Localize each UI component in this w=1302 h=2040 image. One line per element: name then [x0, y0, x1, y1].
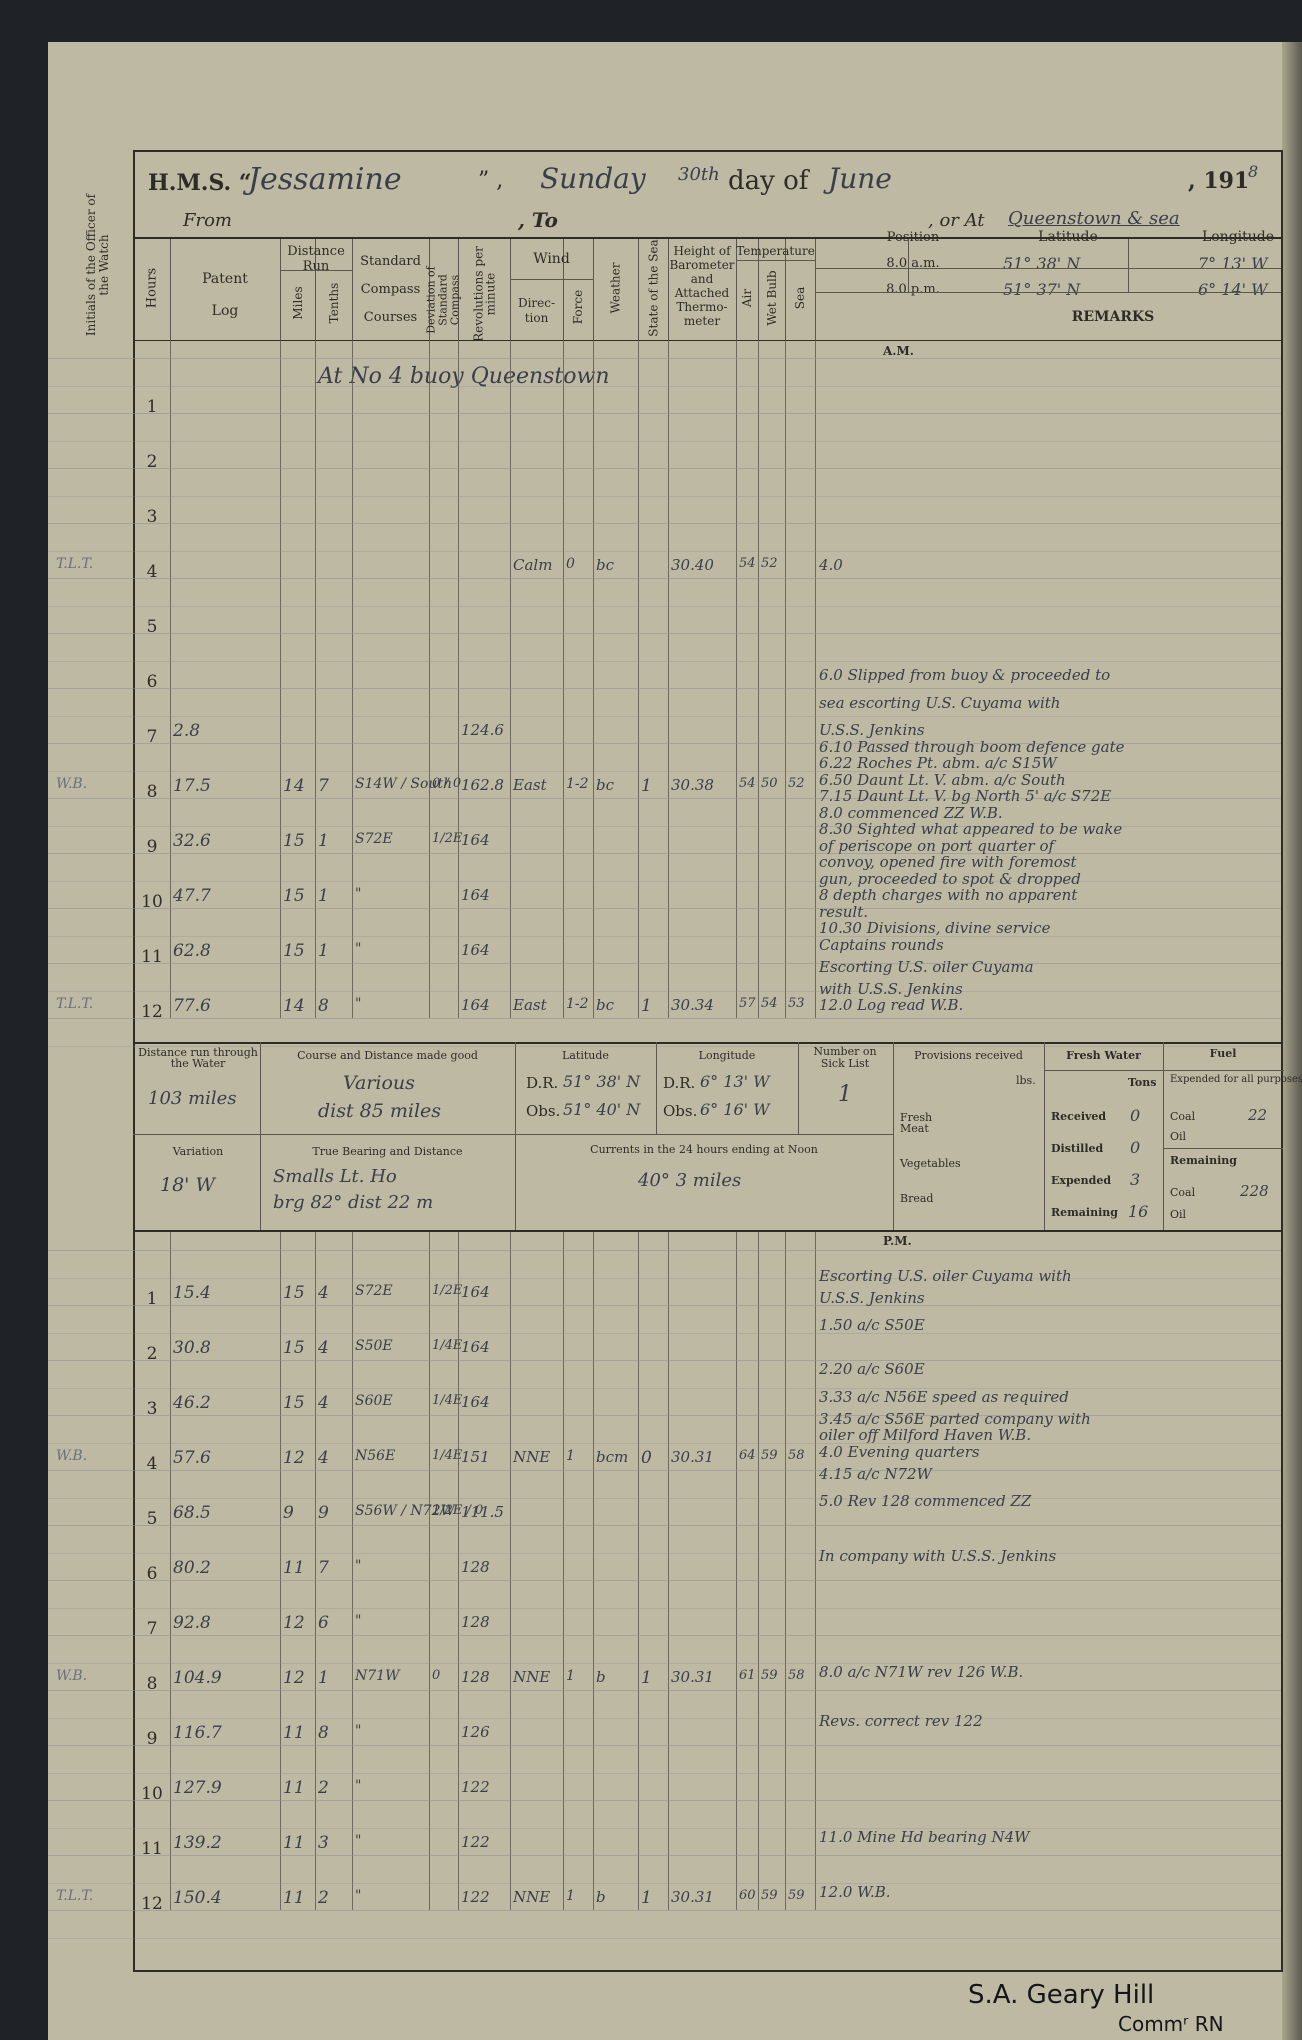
ruled-line [48, 1608, 1281, 1609]
remark-line: 3.45 a/c S56E parted company with [819, 1410, 1091, 1428]
grid-line [315, 340, 316, 1018]
row-miles: 14 [283, 996, 305, 1016]
to-label: , To [518, 208, 558, 232]
row-course: " [355, 1558, 361, 1574]
bearing-label: True Bearing and Distance [260, 1144, 515, 1159]
row-force: 0 [566, 556, 575, 572]
ruled-line [48, 771, 1281, 772]
grid-line [280, 340, 281, 1018]
coal-remaining-value: 228 [1240, 1182, 1269, 1200]
pm-longitude: 6° 14' W [1198, 280, 1268, 299]
row-tenths: 9 [318, 1503, 329, 1523]
grid-line [668, 340, 669, 1018]
row-revs: 164 [461, 1338, 490, 1356]
row-log: 57.6 [173, 1448, 211, 1468]
row-course: " [355, 1888, 361, 1904]
row-dev: 1/4E [432, 1338, 462, 1353]
frame-right [1281, 150, 1283, 1972]
sick-list-value: 1 [838, 1082, 852, 1107]
remark-line: Escorting U.S. oiler Cuyama with [819, 1267, 1072, 1285]
distilled-label: Distilled [1051, 1142, 1103, 1155]
row-hour: 2 [137, 452, 167, 472]
row-hour: 12 [137, 1002, 167, 1022]
row-log: 17.5 [173, 776, 211, 796]
log-page: Initials of the Officer of the Watch H.M… [48, 42, 1302, 2040]
obs-label: Obs. [526, 1102, 560, 1120]
grid-line [815, 340, 816, 1018]
remark-line: 12.0 W.B. [819, 1883, 891, 1901]
row-air: 60 [739, 1888, 756, 1903]
row-course: " [355, 996, 361, 1012]
ruled-line [48, 1883, 1281, 1884]
ruled-line [48, 1443, 1281, 1444]
ruled-line [48, 1828, 1281, 1829]
obs-latitude: 51° 40' N [563, 1100, 640, 1119]
ruled-line [48, 1773, 1281, 1774]
ruled-line [48, 551, 1281, 552]
ruled-line [48, 1855, 1281, 1856]
row-sea_state: 1 [641, 996, 652, 1016]
row-miles: 15 [283, 886, 305, 906]
ruled-line [48, 1745, 1281, 1746]
row-hour: 5 [137, 1509, 167, 1529]
ruled-line [48, 936, 1281, 937]
col-standard: Standard [352, 254, 429, 269]
ruled-line [48, 1525, 1281, 1526]
row-wdir: NNE [513, 1668, 550, 1686]
pos-pm-label: 8.0 p.m. [868, 282, 958, 297]
col-compass: Compass [352, 282, 429, 297]
row-tenths: 2 [318, 1888, 329, 1908]
row-revs: 164 [461, 831, 490, 849]
row-sea: 58 [788, 1668, 805, 1683]
ruled-line [48, 1360, 1281, 1361]
row-miles: 9 [283, 1503, 294, 1523]
expended-label: Expended [1051, 1174, 1111, 1187]
col-direction: Direc-tion [510, 296, 563, 326]
row-log: 127.9 [173, 1778, 222, 1798]
remark-line: result. [819, 903, 868, 921]
row-dev: 0 / 0 [432, 776, 461, 791]
remark-line: Captains rounds [819, 936, 944, 954]
ruled-line [48, 1498, 1281, 1499]
sick-list-label: Number on Sick List [800, 1046, 890, 1070]
row-miles: 12 [283, 1448, 305, 1468]
remarks-label: REMARKS [948, 310, 1278, 325]
remark-line: 7.15 Daunt Lt. V. bg North 5' a/c S72E [819, 787, 1111, 805]
ruled-line [48, 1333, 1281, 1334]
row-course: N56E [355, 1448, 395, 1464]
ruled-line [48, 606, 1281, 607]
grid-line [593, 1232, 594, 1910]
row-revs: 126 [461, 1723, 490, 1741]
row-weather: b [596, 1888, 606, 1906]
variation-label: Variation [136, 1144, 260, 1159]
row-sea: 59 [788, 1888, 805, 1903]
row-force: 1 [566, 1888, 575, 1904]
row-log: 47.7 [173, 886, 211, 906]
col-miles: Miles [292, 268, 304, 338]
obs-longitude: 6° 16' W [700, 1100, 770, 1119]
row-hour: 9 [137, 837, 167, 857]
row-tenths: 4 [318, 1448, 329, 1468]
row-hour: 1 [137, 1289, 167, 1309]
fresh-meat-label: Fresh Meat [900, 1112, 950, 1134]
col-wet-bulb: Wet Bulb [766, 258, 778, 338]
col-revolutions: Revolutions per minute [472, 243, 496, 344]
ruled-line [48, 1690, 1281, 1691]
grid-line [736, 1232, 737, 1910]
col-temperature: Temperature [736, 244, 815, 259]
col-air: Air [741, 258, 753, 338]
noon-latitude-label: Latitude [515, 1048, 656, 1063]
row-revs: 122 [461, 1888, 490, 1906]
ruled-line [48, 1580, 1281, 1581]
column-divider [170, 239, 171, 340]
row-log: 104.9 [173, 1668, 222, 1688]
row-dev: 1/4E [432, 1448, 462, 1463]
remark-line: 2.20 a/c S60E [819, 1360, 925, 1378]
row-tenths: 1 [318, 831, 329, 851]
row-air: 64 [739, 1448, 756, 1463]
ruled-line [48, 496, 1281, 497]
row-course: " [355, 1778, 361, 1794]
coal-label: Coal [1170, 1110, 1195, 1123]
row-revs: 122 [461, 1833, 490, 1851]
ruled-line [48, 1470, 1281, 1471]
row-log: 139.2 [173, 1833, 222, 1853]
row-log: 32.6 [173, 831, 211, 851]
ruled-line [48, 1938, 1281, 1939]
am-label: A.M. [883, 344, 914, 358]
fuel-expended-label: Expended for all purposes [1170, 1074, 1302, 1085]
bread-label: Bread [900, 1192, 933, 1205]
currents-label: Currents in the 24 hours ending at Noon [515, 1142, 893, 1157]
row-miles: 11 [283, 1723, 305, 1743]
grid-line [280, 1232, 281, 1910]
am-latitude: 51° 38' N [1003, 254, 1080, 273]
row-log: 150.4 [173, 1888, 222, 1908]
dr-latitude: 51° 38' N [563, 1072, 640, 1091]
coal-expended-value: 22 [1248, 1106, 1267, 1124]
row-hour: 9 [137, 1729, 167, 1749]
day-of-label: day of [728, 166, 808, 196]
oil-label: Oil [1170, 1130, 1186, 1143]
ruled-line [48, 441, 1281, 442]
ruled-line [48, 1415, 1281, 1416]
ruled-line [48, 386, 1281, 387]
remark-line: of periscope on port quarter of [819, 837, 1054, 855]
column-divider [638, 239, 639, 340]
row-miles: 12 [283, 1613, 305, 1633]
row-force: 1-2 [566, 776, 589, 792]
fuel-label: Fuel [1163, 1046, 1283, 1061]
row-log: 15.4 [173, 1283, 211, 1303]
row-tenths: 1 [318, 886, 329, 906]
grid-line [170, 1232, 171, 1910]
row-tenths: 1 [318, 941, 329, 961]
col-hours: Hours [147, 237, 159, 338]
row-air: 61 [739, 1668, 756, 1683]
row-course: S50E [355, 1338, 393, 1354]
distance-label: Distance run through the Water [136, 1047, 260, 1069]
remark-line: 12.0 Log read W.B. [819, 996, 963, 1014]
row-miles: 11 [283, 1888, 305, 1908]
row-tenths: 8 [318, 1723, 329, 1743]
row-tenths: 7 [318, 1558, 329, 1578]
ruled-line [48, 413, 1281, 414]
row-weather: bc [596, 556, 614, 574]
lbs-label: lbs. [1016, 1074, 1036, 1087]
dr-longitude: 6° 13' W [700, 1072, 770, 1091]
row-dev: 1/2E [432, 1283, 462, 1298]
grid-line [785, 340, 786, 1018]
column-divider [815, 239, 816, 340]
col-weather: Weather [610, 237, 622, 338]
ruled-line [48, 1250, 1281, 1251]
signature-rank: Commʳ RN [1118, 2012, 1224, 2036]
remark-line: gun, proceeded to spot & dropped [819, 870, 1081, 888]
row-hour: 4 [137, 1454, 167, 1474]
row-course: " [355, 1833, 361, 1849]
col-wind: Wind [510, 252, 593, 267]
row-miles: 11 [283, 1833, 305, 1853]
remark-line: Escorting U.S. oiler Cuyama [819, 958, 1034, 976]
row-revs: 128 [461, 1613, 490, 1631]
remark-line: oiler off Milford Haven W.B. [819, 1426, 1031, 1444]
grid-line [638, 340, 639, 1018]
grid-line [785, 1232, 786, 1910]
remark-line: U.S.S. Jenkins [819, 721, 925, 739]
row-tenths: 4 [318, 1283, 329, 1303]
pm-latitude: 51° 37' N [1003, 280, 1080, 299]
row-weather: bc [596, 996, 614, 1014]
remark-line: 4.15 a/c N72W [819, 1465, 932, 1483]
col-force: Force [572, 277, 584, 337]
remark-line: sea escorting U.S. Cuyama with [819, 694, 1060, 712]
oil-remaining-label: Oil [1170, 1208, 1186, 1221]
row-miles: 15 [283, 1338, 305, 1358]
provisions-label: Provisions received [893, 1048, 1044, 1063]
row-hour: 8 [137, 1674, 167, 1694]
row-revs: 162.8 [461, 776, 504, 794]
remark-line: 6.0 Slipped from buoy & proceeded to [819, 666, 1110, 684]
ruled-line [48, 1046, 1281, 1047]
row-wdir: East [513, 776, 547, 794]
row-revs: 164 [461, 996, 490, 1014]
row-revs: 128 [461, 1558, 490, 1576]
row-sea_state: 1 [641, 1668, 652, 1688]
remark-line: 3.33 a/c N56E speed as required [819, 1388, 1069, 1406]
remaining-label: Remaining [1051, 1206, 1118, 1219]
grid-line [758, 340, 759, 1018]
ruled-line [48, 468, 1281, 469]
header-bottom-line [133, 340, 1283, 341]
row-course: " [355, 1723, 361, 1739]
row-sea_state: 1 [641, 1888, 652, 1908]
row-hour: 11 [137, 1839, 167, 1859]
remark-line: 1.50 a/c S50E [819, 1316, 925, 1334]
remark-line: convoy, opened fire with foremost [819, 853, 1077, 871]
row-weather: b [596, 1668, 606, 1686]
page-spine [1282, 42, 1302, 2040]
year-prefix: , 191 [1188, 168, 1249, 194]
row-log: 62.8 [173, 941, 211, 961]
row-tenths: 4 [318, 1338, 329, 1358]
received-label: Received [1051, 1110, 1106, 1123]
ruled-line [48, 523, 1281, 524]
grid-line [593, 340, 594, 1018]
row-course: N71W [355, 1668, 399, 1684]
hms-label: H.M.S. “ [148, 170, 252, 196]
officer-initials: T.L.T. [56, 996, 93, 1012]
year-suffix: 8 [1248, 162, 1258, 181]
remark-line: 8 depth charges with no apparent [819, 886, 1077, 904]
row-revs: 151 [461, 1448, 490, 1466]
longitude-label: Longitude [1178, 230, 1298, 245]
row-wet: 54 [761, 996, 778, 1011]
row-miles: 15 [283, 1393, 305, 1413]
row-log: 68.5 [173, 1503, 211, 1523]
ruled-line [48, 908, 1281, 909]
row-hour: 8 [137, 782, 167, 802]
row-weather: bcm [596, 1448, 628, 1466]
remark-line: 4.0 [819, 556, 843, 574]
remark-line: 8.30 Sighted what appeared to be wake [819, 820, 1122, 838]
row-hour: 6 [137, 1564, 167, 1584]
grid-line [315, 1232, 316, 1910]
side-label-initials: Initials of the Officer of the Watch [85, 185, 111, 345]
row-hour: 11 [137, 947, 167, 967]
officer-initials: W.B. [56, 1448, 87, 1464]
coal-remaining-label: Coal [1170, 1186, 1195, 1199]
ruled-line [48, 688, 1281, 689]
col-log: Log [170, 304, 280, 319]
row-revs: 164 [461, 886, 490, 904]
row-wet: 52 [761, 556, 778, 571]
row-miles: 12 [283, 1668, 305, 1688]
grid-line [352, 1232, 353, 1910]
officer-initials: W.B. [56, 776, 87, 792]
row-wdir: NNE [513, 1888, 550, 1906]
currents-value: 40° 3 miles [638, 1170, 741, 1191]
latitude-label: Latitude [958, 230, 1178, 245]
row-sea_state: 1 [641, 776, 652, 796]
ruled-line [48, 633, 1281, 634]
row-course: S60E [355, 1393, 393, 1409]
col-courses: Courses [352, 310, 429, 325]
row-hour: 7 [137, 1619, 167, 1639]
water-tons-label: Tons [1128, 1076, 1156, 1089]
ruled-line [48, 963, 1281, 964]
grid-line [429, 1232, 430, 1910]
row-wet: 59 [761, 1668, 778, 1683]
fresh-water-label: Fresh Water [1044, 1048, 1163, 1063]
row-dev: 1/4E [432, 1393, 462, 1408]
ruled-line [48, 661, 1281, 662]
row-hour: 6 [137, 672, 167, 692]
row-force: 1 [566, 1448, 575, 1464]
row-baro: 30.40 [671, 556, 714, 574]
grid-line [458, 1232, 459, 1910]
col-patent: Patent [170, 272, 280, 287]
ruled-line [48, 1388, 1281, 1389]
row-miles: 11 [283, 1558, 305, 1578]
row-course: S72E [355, 1283, 393, 1299]
row-tenths: 1 [318, 1668, 329, 1688]
grid-line [758, 1232, 759, 1910]
grid-line [510, 340, 511, 1018]
row-hour: 10 [137, 1784, 167, 1804]
row-tenths: 4 [318, 1393, 329, 1413]
ruled-line [48, 358, 1281, 359]
row-course: " [355, 1613, 361, 1629]
officer-initials: W.B. [56, 1668, 87, 1684]
frame-top [133, 150, 1283, 152]
ruled-line [48, 991, 1281, 992]
remark-line: 6.22 Roches Pt. abm. a/c S15W [819, 754, 1057, 772]
row-hour: 10 [137, 892, 167, 912]
row-baro: 30.31 [671, 1888, 714, 1906]
row-wet: 59 [761, 1888, 778, 1903]
row-hour: 2 [137, 1344, 167, 1364]
am-longitude: 7° 13' W [1198, 254, 1268, 273]
pm-label: P.M. [883, 1234, 912, 1248]
course-value-2: dist 85 miles [318, 1100, 441, 1122]
remark-line: 8.0 a/c N71W rev 126 W.B. [819, 1663, 1023, 1681]
row-revs: 128 [461, 1668, 490, 1686]
remark-line: Revs. correct rev 122 [819, 1712, 983, 1730]
ship-name: Jessamine [248, 162, 402, 197]
ruled-line [48, 1910, 1281, 1911]
row-hour: 1 [137, 397, 167, 417]
row-wet: 59 [761, 1448, 778, 1463]
remark-line: 10.30 Divisions, divine service [819, 919, 1051, 937]
remaining-value: 16 [1128, 1202, 1148, 1221]
row-log: 77.6 [173, 996, 211, 1016]
course-value-1: Various [343, 1072, 415, 1094]
distilled-value: 0 [1130, 1138, 1140, 1157]
noon-longitude-label: Longitude [656, 1048, 798, 1063]
day-name: Sunday [540, 162, 646, 195]
row-revs: 122 [461, 1778, 490, 1796]
grid-line [563, 340, 564, 1018]
row-revs: 164 [461, 941, 490, 959]
row-hour: 12 [137, 1894, 167, 1914]
remark-line: In company with U.S.S. Jenkins [819, 1547, 1056, 1565]
remark-line: 8.0 commenced ZZ W.B. [819, 804, 1003, 822]
vegetables-label: Vegetables [900, 1157, 961, 1170]
row-log: 80.2 [173, 1558, 211, 1578]
ruled-line [48, 1718, 1281, 1719]
month: June [828, 162, 892, 195]
grid-line [352, 340, 353, 1018]
row-log: 30.8 [173, 1338, 211, 1358]
row-air: 54 [739, 556, 756, 571]
row-baro: 30.31 [671, 1668, 714, 1686]
grid-line [638, 1232, 639, 1910]
row-wet: 50 [761, 776, 778, 791]
grid-line [170, 340, 171, 1018]
remark-line: 6.50 Daunt Lt. V. abm. a/c South [819, 771, 1066, 789]
col-distance-run: Distance Run [280, 244, 352, 274]
close-quote: ” , [478, 168, 503, 193]
grid-line [815, 1232, 816, 1910]
row-log: 2.8 [173, 721, 200, 741]
grid-line [668, 1232, 669, 1910]
received-value: 0 [1130, 1106, 1140, 1125]
row-course: " [355, 886, 361, 902]
